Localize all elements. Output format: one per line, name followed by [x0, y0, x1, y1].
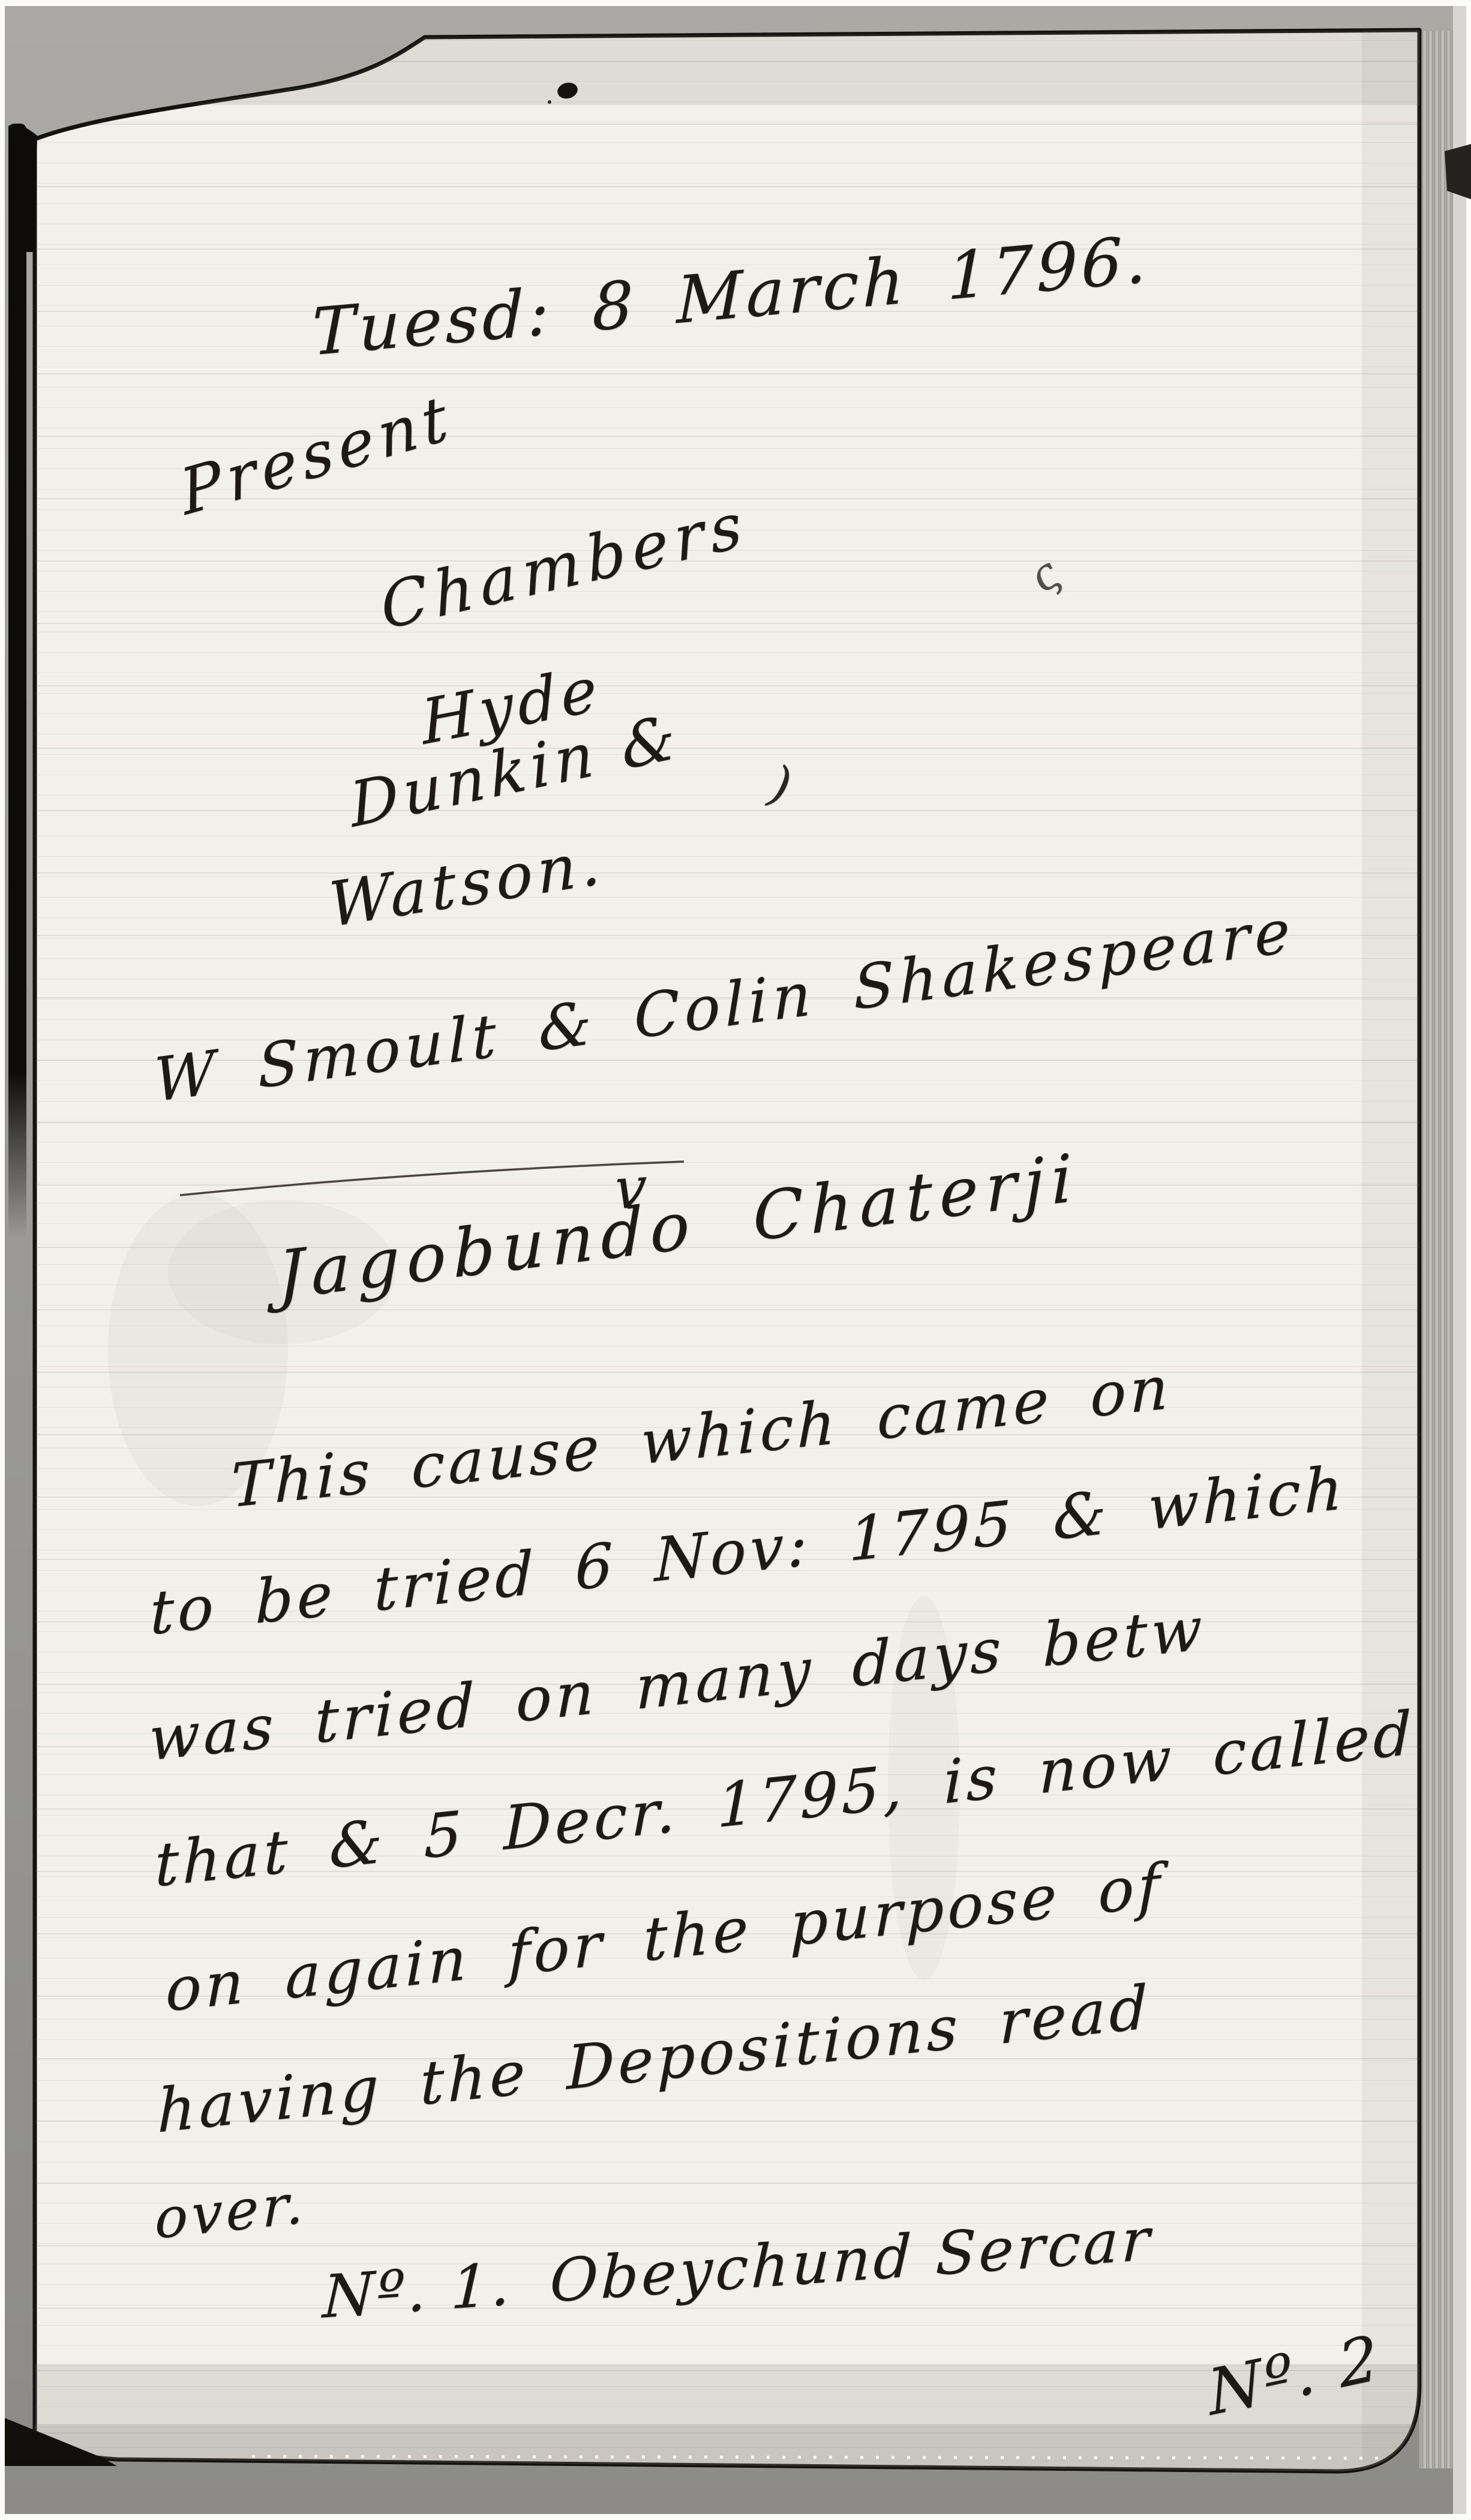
paper-texture: [0, 0, 1471, 2520]
page-scan-backdrop: [0, 0, 1471, 2520]
book-fore-edge: [1419, 31, 1453, 2468]
deposition-number: Nº. 1.: [322, 2250, 514, 2332]
manuscript-scan: Tuesd: 8 March 1796. Present Chambers Hy…: [0, 0, 1471, 2520]
fore-edge-notch: [1445, 144, 1471, 199]
left-page-edge: [8, 124, 26, 1240]
